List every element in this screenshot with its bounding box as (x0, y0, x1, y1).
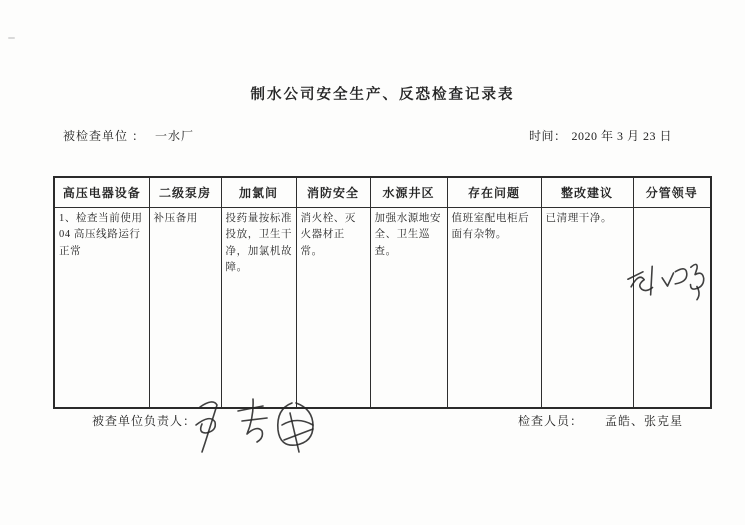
column-header-chlorination: 加氯间 (221, 177, 296, 208)
scan-artifact (8, 37, 15, 39)
inspectors-label: 检查人员： (518, 414, 583, 428)
inspectors-value: 孟皓、张克星 (605, 414, 683, 428)
inspectors-line: 检查人员：孟皓、张克星 (518, 412, 683, 429)
cell-chlorination: 投药量按标准投放，卫生干净，加氯机故障。 (221, 208, 296, 409)
inspected-unit-value: 一水厂 (155, 129, 194, 143)
column-header-rectification: 整改建议 (541, 177, 633, 208)
cell-fire-safety: 消火栓、灭火器材正常。 (296, 208, 370, 409)
column-header-problems: 存在问题 (447, 177, 541, 208)
cell-rectification: 已清理干净。 (541, 208, 633, 409)
cell-wellfield: 加强水源地安全、卫生巡查。 (370, 208, 447, 409)
inspected-unit-label: 被检查单位 ： (63, 129, 145, 143)
column-header-leader: 分管领导 (633, 177, 711, 208)
document-page: 制水公司安全生产、反恐检查记录表 被检查单位 ：一水厂 时间：2020 年 3 … (0, 0, 745, 525)
page-title: 制水公司安全生产、反恐检查记录表 (10, 83, 745, 104)
inspected-unit-line: 被检查单位 ：一水厂 (63, 127, 194, 144)
column-header-pump-room: 二级泵房 (149, 177, 221, 208)
cell-hv-equipment: 1、检查当前使用04 高压线路运行正常 (54, 208, 149, 409)
date-value: 2020 年 3 月 23 日 (572, 129, 673, 143)
responsible-person-line: 被查单位负责人： (92, 412, 196, 429)
cell-leader-signature (633, 208, 711, 409)
cell-pump-room: 补压备用 (149, 208, 221, 409)
inspection-table: 高压电器设备 二级泵房 加氯间 消防安全 水源井区 存在问题 整改建议 分管领导… (53, 176, 712, 409)
date-label: 时间： (529, 129, 567, 143)
date-line: 时间：2020 年 3 月 23 日 (529, 127, 672, 144)
header-row: 高压电器设备 二级泵房 加氯间 消防安全 水源井区 存在问题 整改建议 分管领导 (54, 177, 711, 208)
responsible-person-label: 被查单位负责人： (92, 414, 196, 428)
table-row: 1、检查当前使用04 高压线路运行正常 补压备用 投药量按标准投放，卫生干净，加… (54, 208, 711, 409)
column-header-hv-equipment: 高压电器设备 (54, 177, 149, 208)
column-header-wellfield: 水源井区 (370, 177, 447, 208)
column-header-fire-safety: 消防安全 (296, 177, 370, 208)
cell-problems: 值班室配电柜后面有杂物。 (447, 208, 541, 409)
